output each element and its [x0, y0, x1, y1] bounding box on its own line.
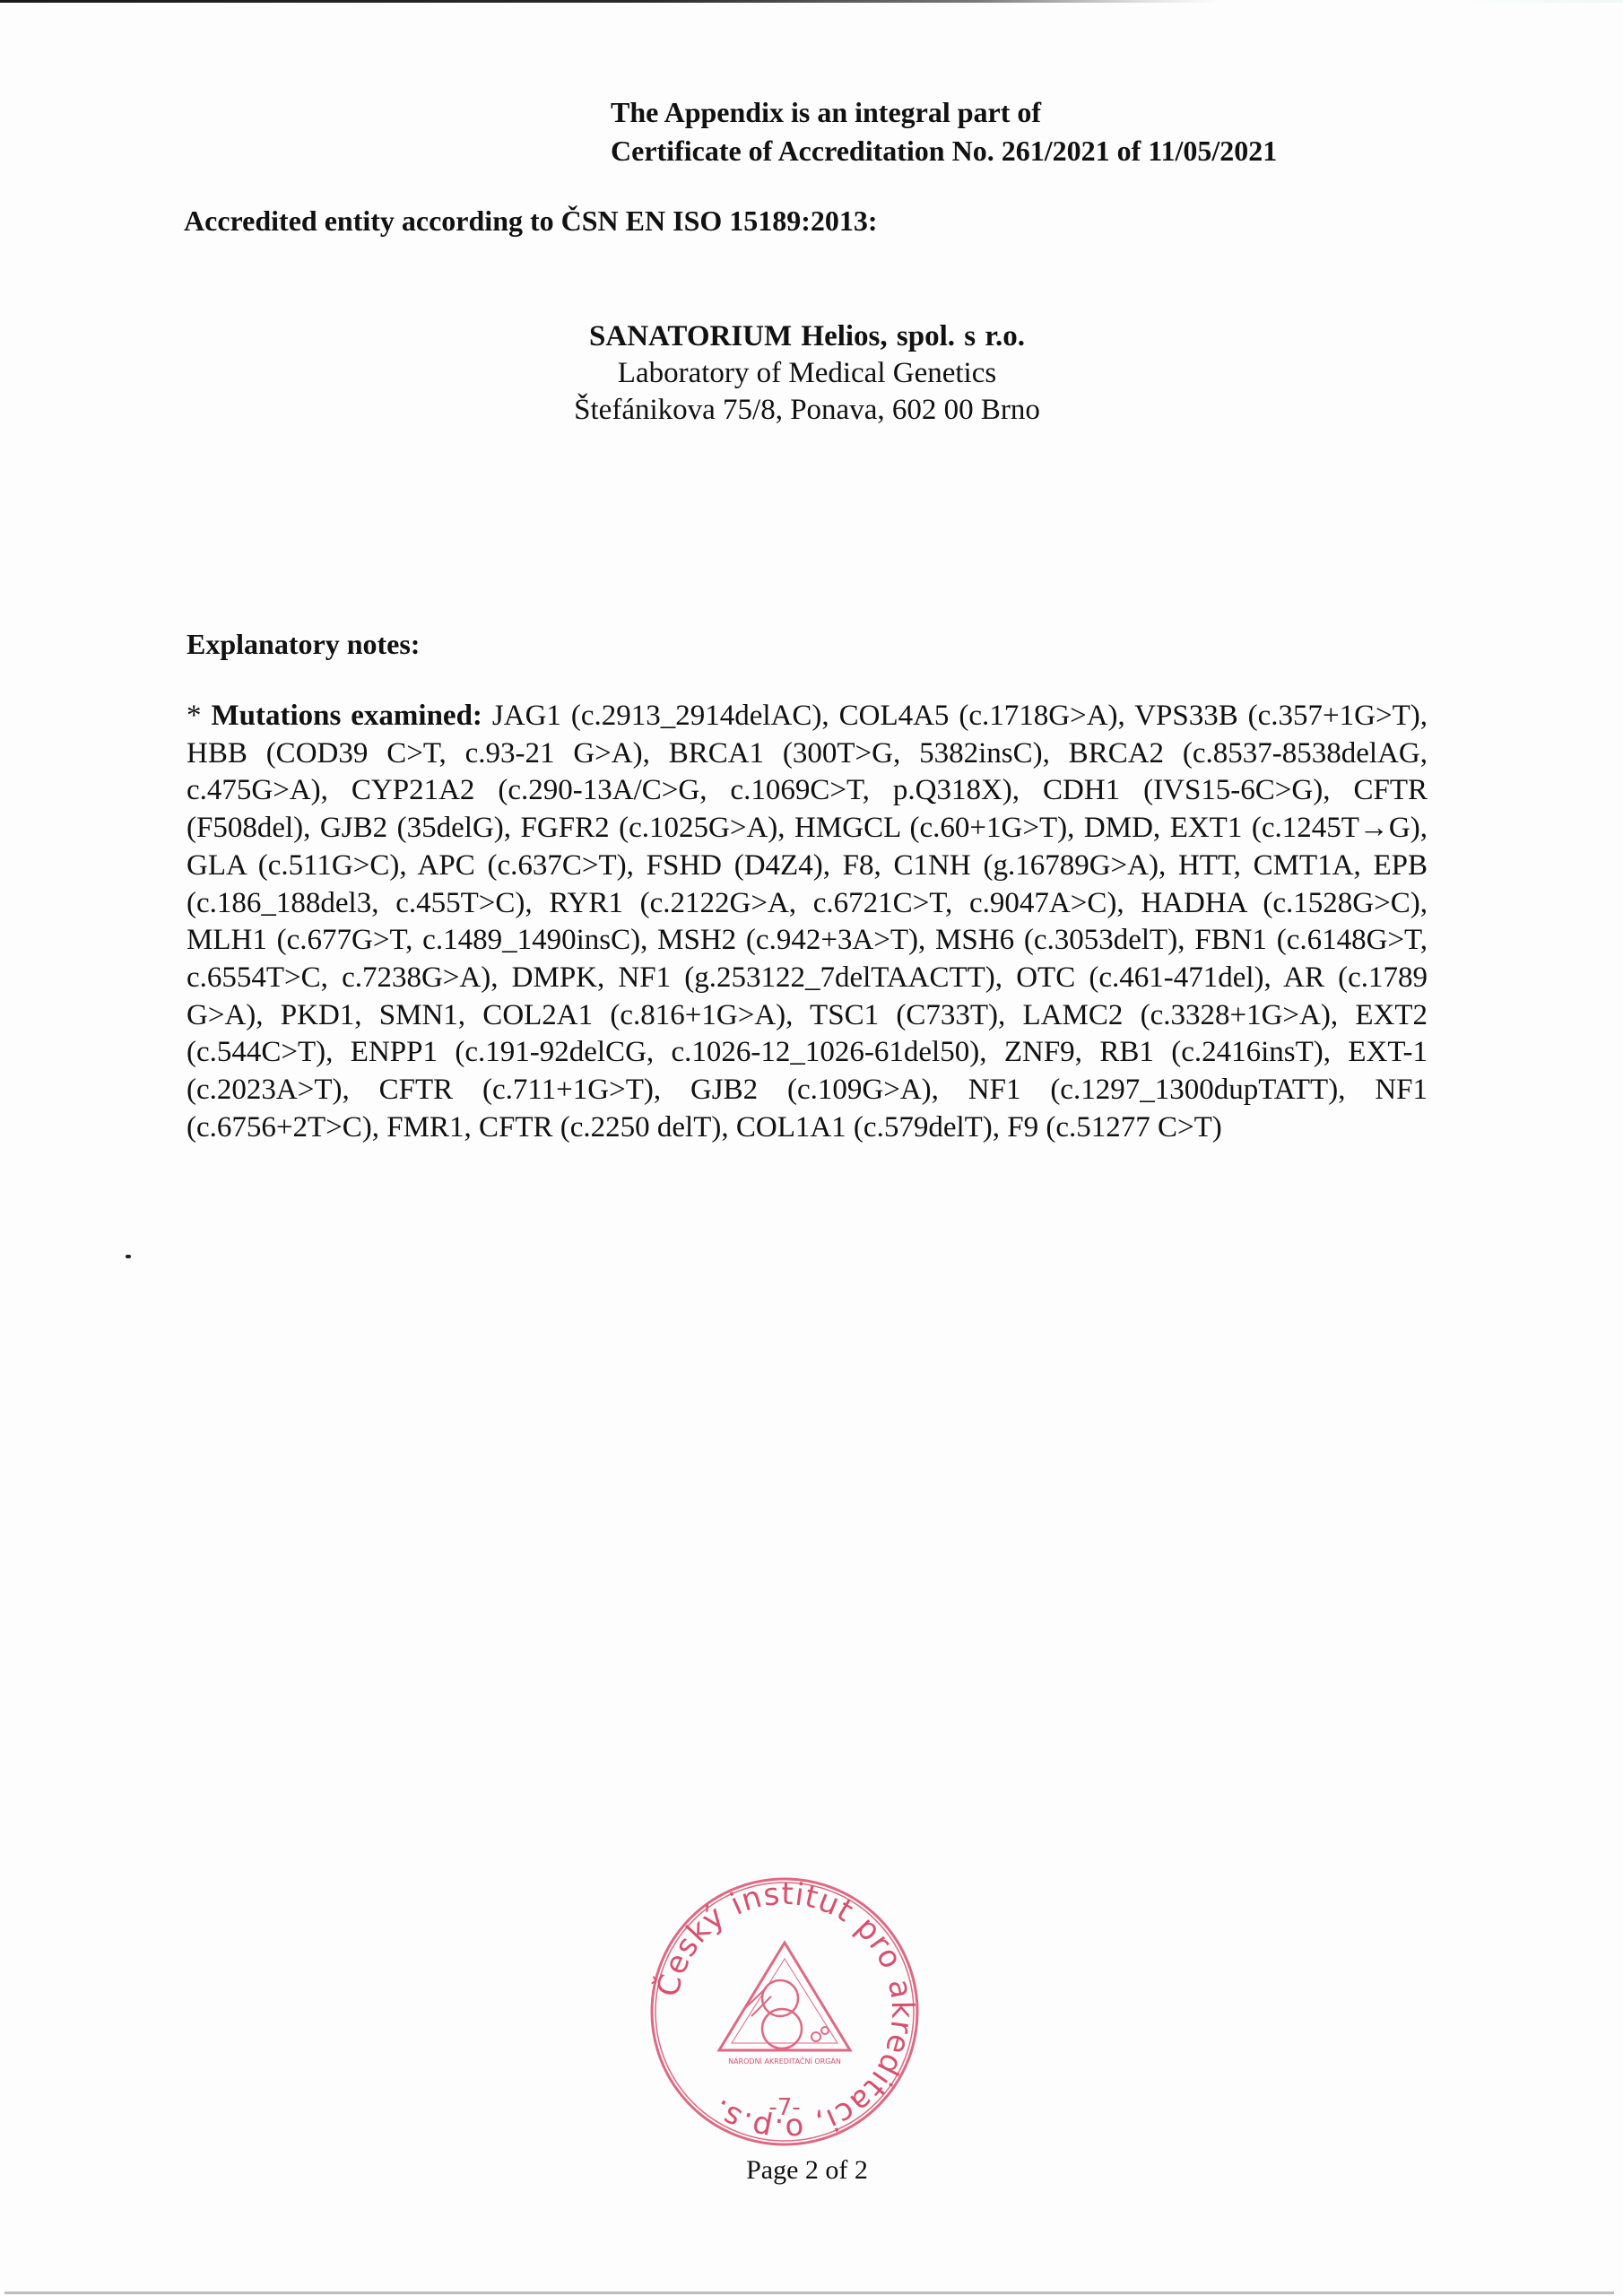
mutations-label: Mutations examined:: [211, 700, 482, 732]
stamp-seal-icon: Český institut pro akreditaci, o.p.s. NÁ…: [646, 1873, 924, 2151]
appendix-header-line2: Certificate of Accreditation No. 261/202…: [611, 132, 1277, 170]
department-name: Laboratory of Medical Genetics: [502, 355, 1112, 392]
organization-name: SANATORIUM Helios, spol. s r.o.: [502, 318, 1112, 355]
stamp-number: -7-: [768, 2094, 800, 2121]
appendix-header: The Appendix is an integral part of Cert…: [611, 93, 1277, 170]
explanatory-notes-body: * Mutations examined: JAG1 (c.2913_2914d…: [187, 698, 1428, 1146]
mutations-list: JAG1 (c.2913_2914delAC), COL4A5 (c.1718G…: [187, 700, 1428, 1144]
accreditation-stamp: Český institut pro akreditaci, o.p.s. NÁ…: [646, 1873, 924, 2151]
stamp-inner-text: NÁRODNÍ AKREDITAČNÍ ORGÁN: [728, 2056, 841, 2066]
appendix-header-line1: The Appendix is an integral part of: [611, 93, 1277, 132]
scan-edge-top: [0, 0, 1623, 3]
page-number: Page 2 of 2: [628, 2154, 986, 2187]
scan-speck: [126, 1255, 131, 1258]
laboratory-block: SANATORIUM Helios, spol. s r.o. Laborato…: [502, 318, 1112, 429]
laboratory-address: Štefánikova 75/8, Ponava, 602 00 Brno: [502, 392, 1112, 429]
note-asterisk: *: [187, 700, 202, 732]
explanatory-notes-title: Explanatory notes:: [187, 626, 420, 662]
scan-edge-bottom: [4, 2292, 1614, 2294]
accredited-entity-heading: Accredited entity according to ČSN EN IS…: [184, 203, 878, 239]
